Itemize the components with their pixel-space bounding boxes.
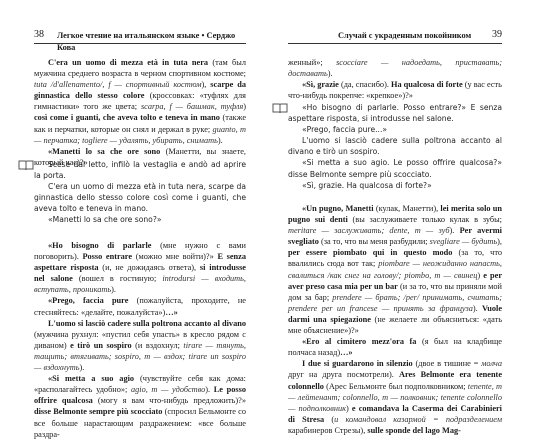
right-page: Случай с украденным покойником 39 женный… [266,0,533,441]
italian-text: C'era un uomo di mezza età in tuta nera [48,58,208,67]
running-head: Случай с украденным покойником [338,30,471,42]
page-header: Случай с украденным покойником 39 [288,30,502,44]
annotated-paragraph-1: женный»; scocciare — надоедать, пристава… [288,57,502,101]
page-number: 39 [492,29,502,41]
running-head: Легкое чтение на итальянском языке • Сер… [57,30,246,54]
open-book-icon [272,103,288,114]
annotated-paragraph-2: «Un pugno, Manetti (кулак, Манетти), lei… [288,203,502,436]
italian-text: «Manetti lo sa che ore sono [48,147,160,156]
gloss: tuta /d'allenamento/, f — спортивный кос… [34,80,202,89]
plain-italian-text: Scese dal letto, infilò la vestaglia e a… [34,159,246,226]
page-number: 38 [34,29,44,41]
annotated-paragraph-1: C'era un uomo di mezza età in tuta nera … [34,57,246,168]
plain-italian-text: «Ho bisogno di parlarle. Posso entrare?»… [288,102,502,191]
annotated-paragraph-2: «Ho bisogno di parlarle (мне нужно с вам… [34,240,246,440]
open-book-icon [18,160,34,171]
left-page: 38 Легкое чтение на итальянском языке • … [0,0,266,441]
page-header: 38 Легкое чтение на итальянском языке • … [34,30,246,44]
